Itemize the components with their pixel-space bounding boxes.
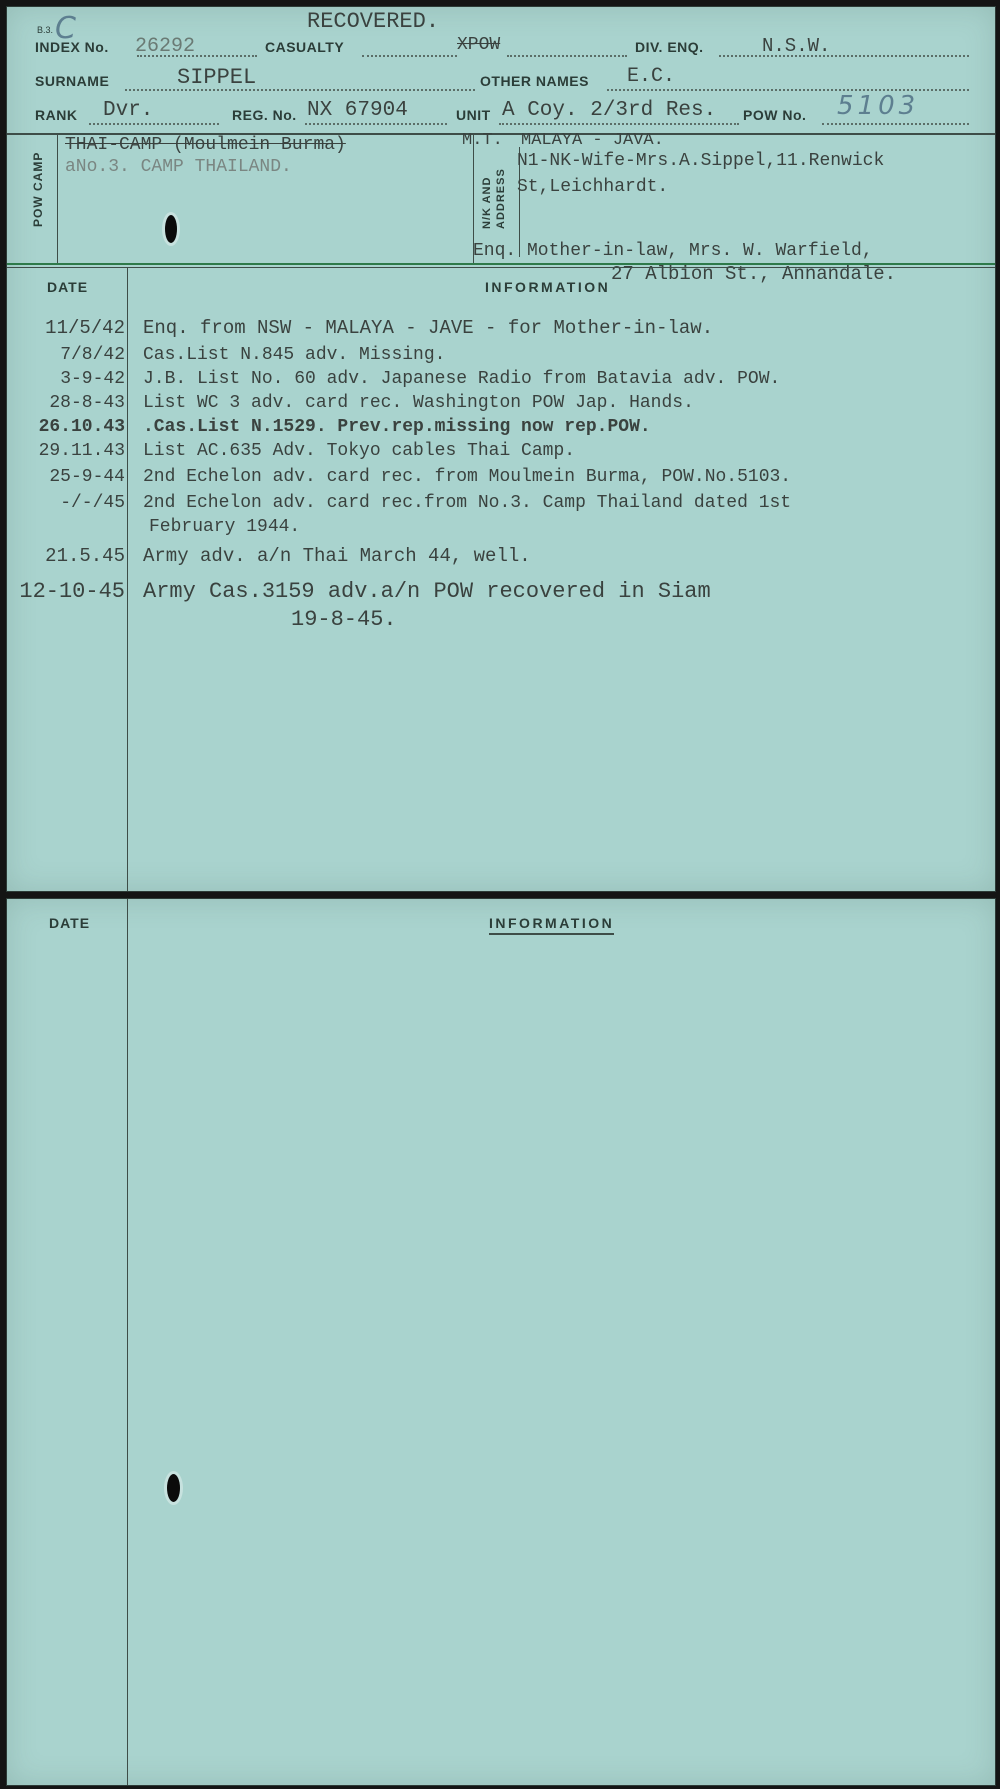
surname-value: SIPPEL [177, 65, 256, 90]
div-enq-label: DIV. ENQ. [635, 39, 704, 55]
pow-camp-value: aNo.3. CAMP THAILAND. [65, 157, 292, 177]
other-names-label: OTHER NAMES [480, 73, 589, 89]
entry-information: .Cas.List N.1529. Prev.rep.missing now r… [143, 417, 651, 437]
reg-no-value: NX 67904 [307, 99, 408, 122]
entry-date: 3-9-42 [60, 369, 125, 389]
casualty-value: XPOW [457, 35, 500, 55]
surname-label: SURNAME [35, 73, 109, 89]
entry-date: -/-/45 [60, 493, 125, 513]
entry-date: 26.10.43 [39, 417, 125, 437]
entry-date: 12-10-45 [19, 579, 125, 604]
pow-no-label: POW No. [743, 107, 806, 123]
nk-label-line2: ADDRESS [495, 168, 507, 229]
back-information-column-header: INFORMATION [489, 915, 614, 935]
unit-value: A Coy. 2/3rd Res. [502, 99, 716, 122]
casualty-label: CASUALTY [265, 39, 344, 55]
rank-label: RANK [35, 107, 77, 123]
entry-information-continued: 19-8-45. [291, 607, 397, 632]
punch-hole [167, 1474, 180, 1502]
pow-camp-label: POW CAMP [31, 152, 45, 227]
punch-hole [165, 215, 177, 243]
reg-no-label: REG. No. [232, 107, 297, 123]
nk-line2: N1-NK-Wife-Mrs.A.Sippel,11.Renwick [517, 151, 884, 171]
back-date-column-header: DATE [49, 915, 90, 931]
entry-information: Army Cas.3159 adv.a/n POW recovered in S… [143, 579, 711, 604]
information-column-header: INFORMATION [485, 279, 610, 295]
corner-mark: B.3. [37, 25, 53, 35]
index-label: INDEX No. [35, 39, 109, 55]
entry-information: Enq. from NSW - MALAYA - JAVE - for Moth… [143, 317, 713, 339]
entry-date: 29.11.43 [39, 441, 125, 461]
nk-label-line1: N/K AND [481, 177, 493, 229]
div-enq-value: N.S.W. [762, 35, 830, 57]
entry-information: Army adv. a/n Thai March 44, well. [143, 545, 531, 567]
pow-camp-struck: THAI-CAMP (Moulmein Burma) [65, 135, 346, 155]
entry-date: 28-8-43 [49, 393, 125, 413]
other-names-value: E.C. [627, 65, 675, 88]
entry-information: J.B. List No. 60 adv. Japanese Radio fro… [143, 369, 780, 389]
status-stamp: RECOVERED. [307, 9, 439, 34]
entry-information-continued: February 1944. [149, 517, 300, 537]
entry-information: List AC.635 Adv. Tokyo cables Thai Camp. [143, 441, 575, 461]
entry-information: List WC 3 adv. card rec. Washington POW … [143, 393, 694, 413]
unit-label: UNIT [456, 107, 491, 123]
date-column-header: DATE [47, 279, 88, 295]
entry-information: Cas.List N.845 adv. Missing. [143, 345, 445, 365]
nk-prefix: M.T. [462, 131, 503, 150]
entry-information: 2nd Echelon adv. card rec.from No.3. Cam… [143, 493, 791, 513]
rank-value: Dvr. [103, 99, 153, 122]
record-card-front: B.3. C RECOVERED. INDEX No. 26292 CASUAL… [6, 6, 996, 892]
nk-line1: MALAYA - JAVA. [521, 131, 664, 150]
nk-line3: St,Leichhardt. [517, 177, 668, 197]
pow-no-value: 5103 [837, 91, 919, 121]
entry-date: 11/5/42 [45, 317, 125, 339]
record-card-back: DATE INFORMATION [6, 898, 996, 1786]
entry-information: 2nd Echelon adv. card rec. from Moulmein… [143, 467, 791, 487]
nk-line4: Enq. Mother-in-law, Mrs. W. Warfield, [473, 241, 873, 261]
entry-date: 25-9-44 [49, 467, 125, 487]
entry-date: 21.5.45 [45, 545, 125, 567]
entry-date: 7/8/42 [60, 345, 125, 365]
